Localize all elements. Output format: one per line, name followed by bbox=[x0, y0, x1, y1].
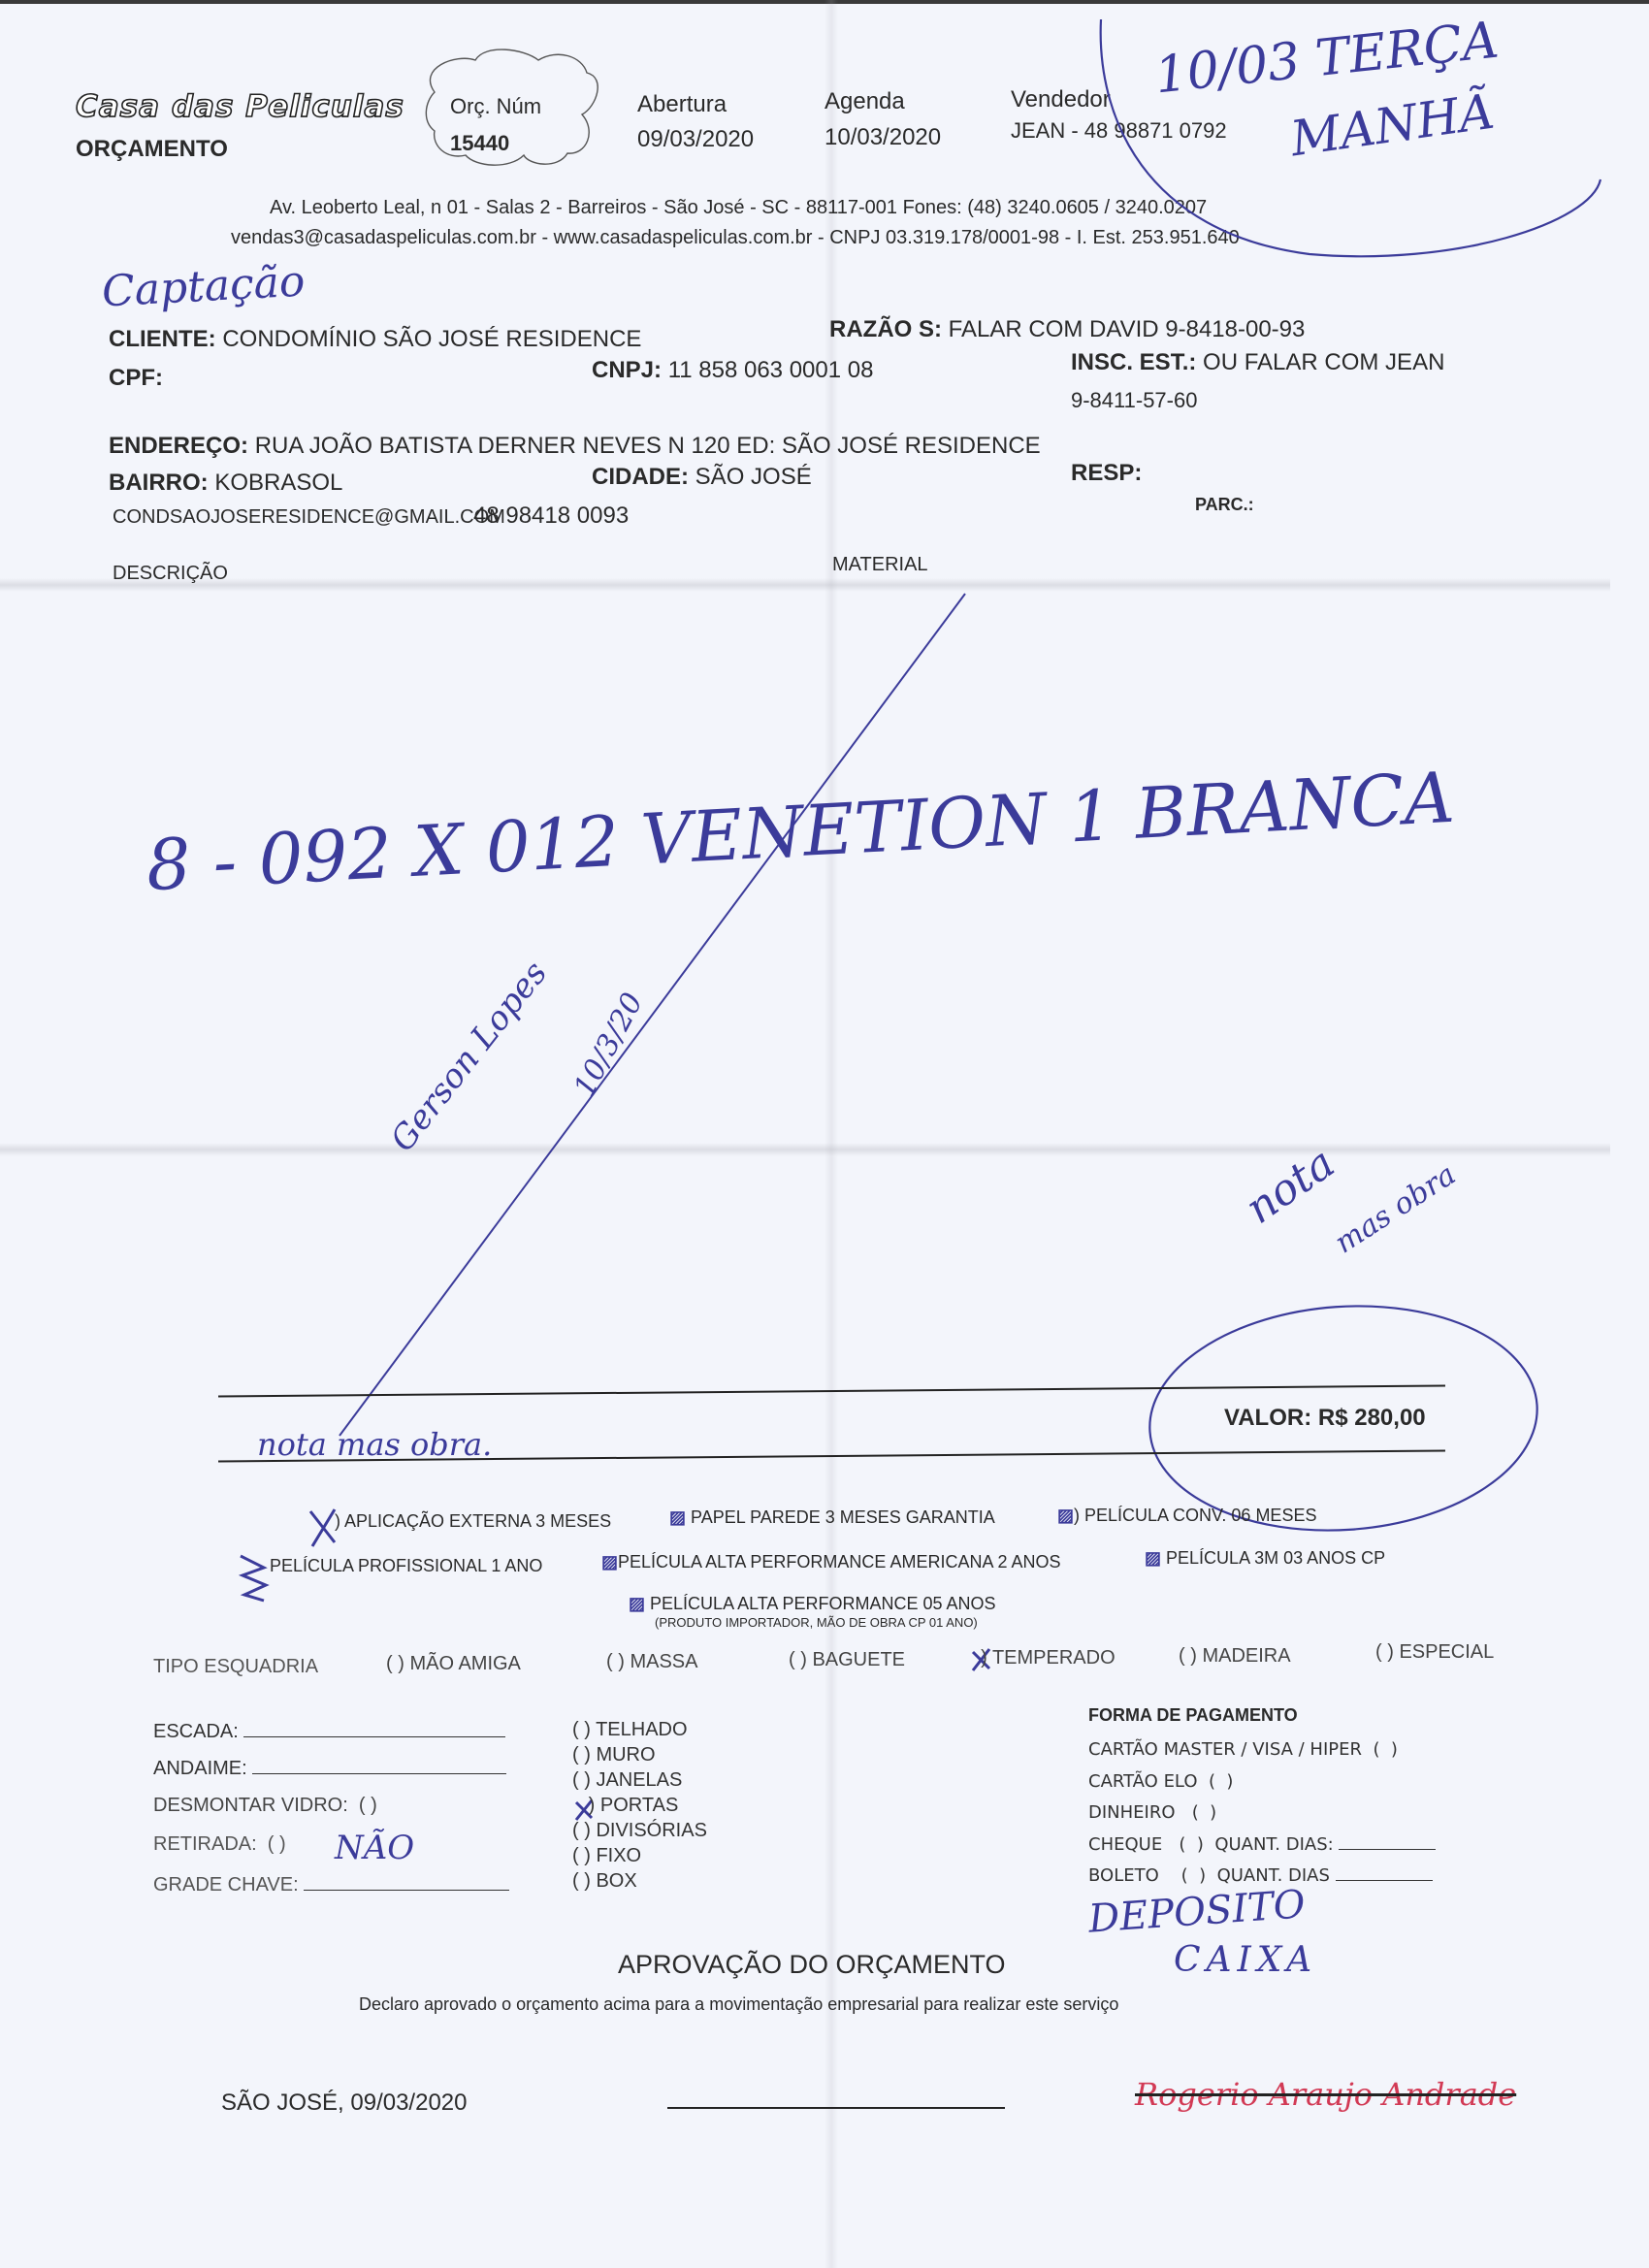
signature-line[interactable] bbox=[667, 2107, 1005, 2109]
pag-label: CARTÃO MASTER / VISA / HIPER bbox=[1088, 1739, 1362, 1760]
esquadria-option-label: MADEIRA bbox=[1202, 1645, 1290, 1667]
local-label: FIXO bbox=[596, 1845, 641, 1866]
service-label: PELÍCULA 3M 03 ANOS CP bbox=[1166, 1548, 1385, 1568]
service-label: PELÍCULA ALTA PERFORMANCE 05 ANOS bbox=[650, 1594, 995, 1613]
local-label: MURO bbox=[596, 1744, 655, 1766]
esquadria-option[interactable]: ( ) MÃO AMIGA bbox=[386, 1653, 521, 1675]
grade-field[interactable]: GRADE CHAVE: bbox=[153, 1872, 509, 1896]
esquadria-option[interactable]: ) TEMPERADO bbox=[970, 1647, 1115, 1669]
client-signature: Rogerio Araujo Andrade bbox=[1135, 2076, 1516, 2113]
pag-option-elo[interactable]: CARTÃO ELO ( ) bbox=[1088, 1766, 1436, 1798]
aprovacao-title: APROVAÇÃO DO ORÇAMENTO bbox=[618, 1950, 1006, 1980]
pagamento-options: CARTÃO MASTER / VISA / HIPER ( ) CARTÃO … bbox=[1088, 1734, 1436, 1893]
service-label: PELÍCULA ALTA PERFORMANCE AMERICANA 2 AN… bbox=[618, 1552, 1060, 1571]
esquadria-label: TIPO ESQUADRIA bbox=[153, 1656, 318, 1678]
aprovacao-text: Declaro aprovado o orçamento acima para … bbox=[359, 1994, 1118, 2015]
handwritten-strokes bbox=[0, 0, 1649, 2268]
local-option[interactable]: ( ) DIVISÓRIAS bbox=[572, 1818, 707, 1843]
esquadria-option[interactable]: ( ) MADEIRA bbox=[1179, 1645, 1291, 1668]
service-label: PAPEL PAREDE 3 MESES GARANTIA bbox=[691, 1507, 995, 1527]
scribble-mark-icon: ▨ bbox=[669, 1507, 686, 1527]
local-label: BOX bbox=[596, 1870, 636, 1892]
valor-field: VALOR: R$ 280,00 bbox=[1224, 1405, 1426, 1432]
esquadria-option-label: ESPECIAL bbox=[1399, 1641, 1494, 1663]
local-option[interactable]: ( ) TELHADO bbox=[572, 1717, 707, 1742]
service-label: PELÍCULA PROFISSIONAL 1 ANO bbox=[270, 1556, 542, 1575]
esquadria-option[interactable]: ( ) MASSA bbox=[606, 1651, 697, 1673]
retirada-field[interactable]: RETIRADA: ( ) bbox=[153, 1833, 286, 1856]
andaime-label: ANDAIME: bbox=[153, 1758, 247, 1779]
grade-label: GRADE CHAVE: bbox=[153, 1874, 299, 1895]
quant-dias-label: QUANT. DIAS bbox=[1214, 1834, 1327, 1855]
service-label: APLICAÇÃO EXTERNA 3 MESES bbox=[344, 1511, 611, 1531]
pag-label: CARTÃO ELO bbox=[1088, 1771, 1198, 1792]
local-option[interactable]: ( ) FIXO bbox=[572, 1843, 707, 1868]
local-label: DIVISÓRIAS bbox=[596, 1820, 706, 1841]
handwritten-nota-bottom: nota mas obra. bbox=[257, 1426, 492, 1463]
desmontar-label: DESMONTAR VIDRO: bbox=[153, 1795, 348, 1816]
service-option[interactable]: ▨ PAPEL PAREDE 3 MESES GARANTIA bbox=[669, 1507, 995, 1528]
scribble-mark-icon: ▨ bbox=[1145, 1548, 1161, 1568]
escada-label: ESCADA: bbox=[153, 1721, 239, 1742]
service-option[interactable]: ) APLICAÇÃO EXTERNA 3 MESES bbox=[335, 1511, 611, 1532]
scribble-mark-icon: ▨ bbox=[629, 1594, 645, 1613]
service-option[interactable]: ▨PELÍCULA ALTA PERFORMANCE AMERICANA 2 A… bbox=[601, 1552, 1061, 1572]
esquadria-option-label: MASSA bbox=[630, 1651, 697, 1672]
pag-label: CHEQUE bbox=[1088, 1834, 1162, 1855]
local-label: JANELAS bbox=[596, 1769, 682, 1791]
retirada-label: RETIRADA: bbox=[153, 1833, 257, 1855]
scribble-mark-icon: ▨ bbox=[1057, 1506, 1074, 1525]
local-option[interactable]: ( ) JANELAS bbox=[572, 1767, 707, 1793]
pag-label: BOLETO bbox=[1088, 1865, 1159, 1886]
esquadria-option-label: MÃO AMIGA bbox=[409, 1653, 520, 1674]
service-option[interactable]: ▨ PELÍCULA ALTA PERFORMANCE 05 ANOS bbox=[629, 1594, 996, 1614]
valor-amount: R$ 280,00 bbox=[1318, 1405, 1426, 1431]
esquadria-option-label: BAGUETE bbox=[812, 1649, 905, 1670]
pag-option-dinheiro[interactable]: DINHEIRO ( ) bbox=[1088, 1798, 1436, 1830]
local-option[interactable]: ( ) MURO bbox=[572, 1742, 707, 1767]
service-note: (PRODUTO IMPORTADOR, MÃO DE OBRA CP 01 A… bbox=[655, 1615, 978, 1630]
escada-field[interactable]: ESCADA: bbox=[153, 1719, 505, 1743]
locais-list: ( ) TELHADO ( ) MURO ( ) JANELAS ) PORTA… bbox=[572, 1717, 707, 1894]
pagamento-title: FORMA DE PAGAMENTO bbox=[1088, 1705, 1298, 1726]
esquadria-option-label: TEMPERADO bbox=[992, 1647, 1115, 1669]
local-data: SÃO JOSÉ, 09/03/2020 bbox=[221, 2090, 468, 2117]
pag-option-cheque[interactable]: CHEQUE ( ) QUANT. DIAS: bbox=[1088, 1830, 1436, 1862]
handwritten-caixa: CAIXA bbox=[1174, 1940, 1317, 1980]
scribble-mark-icon: ▨ bbox=[601, 1552, 618, 1571]
valor-label: VALOR: bbox=[1224, 1405, 1311, 1431]
pag-label: DINHEIRO bbox=[1088, 1802, 1176, 1823]
pag-option-master[interactable]: CARTÃO MASTER / VISA / HIPER ( ) bbox=[1088, 1734, 1436, 1766]
local-label: TELHADO bbox=[596, 1719, 687, 1740]
service-option[interactable]: PELÍCULA PROFISSIONAL 1 ANO bbox=[270, 1556, 542, 1576]
andaime-field[interactable]: ANDAIME: bbox=[153, 1756, 506, 1780]
desmontar-field[interactable]: DESMONTAR VIDRO: ( ) bbox=[153, 1795, 377, 1817]
service-option[interactable]: ▨ PELÍCULA 3M 03 ANOS CP bbox=[1145, 1548, 1385, 1569]
local-label: PORTAS bbox=[600, 1795, 678, 1816]
handwritten-retirada: NÃO bbox=[335, 1829, 414, 1867]
quant-dias-label: QUANT. DIAS bbox=[1217, 1865, 1330, 1886]
local-option[interactable]: ( ) BOX bbox=[572, 1868, 707, 1894]
service-option[interactable]: ▨) PELÍCULA CONV. 06 MESES bbox=[1057, 1506, 1316, 1526]
local-option[interactable]: ) PORTAS bbox=[572, 1793, 707, 1818]
esquadria-option[interactable]: ( ) BAGUETE bbox=[789, 1649, 905, 1671]
esquadria-option[interactable]: ( ) ESPECIAL bbox=[1375, 1641, 1494, 1664]
service-label: PELÍCULA CONV. 06 MESES bbox=[1084, 1506, 1316, 1525]
